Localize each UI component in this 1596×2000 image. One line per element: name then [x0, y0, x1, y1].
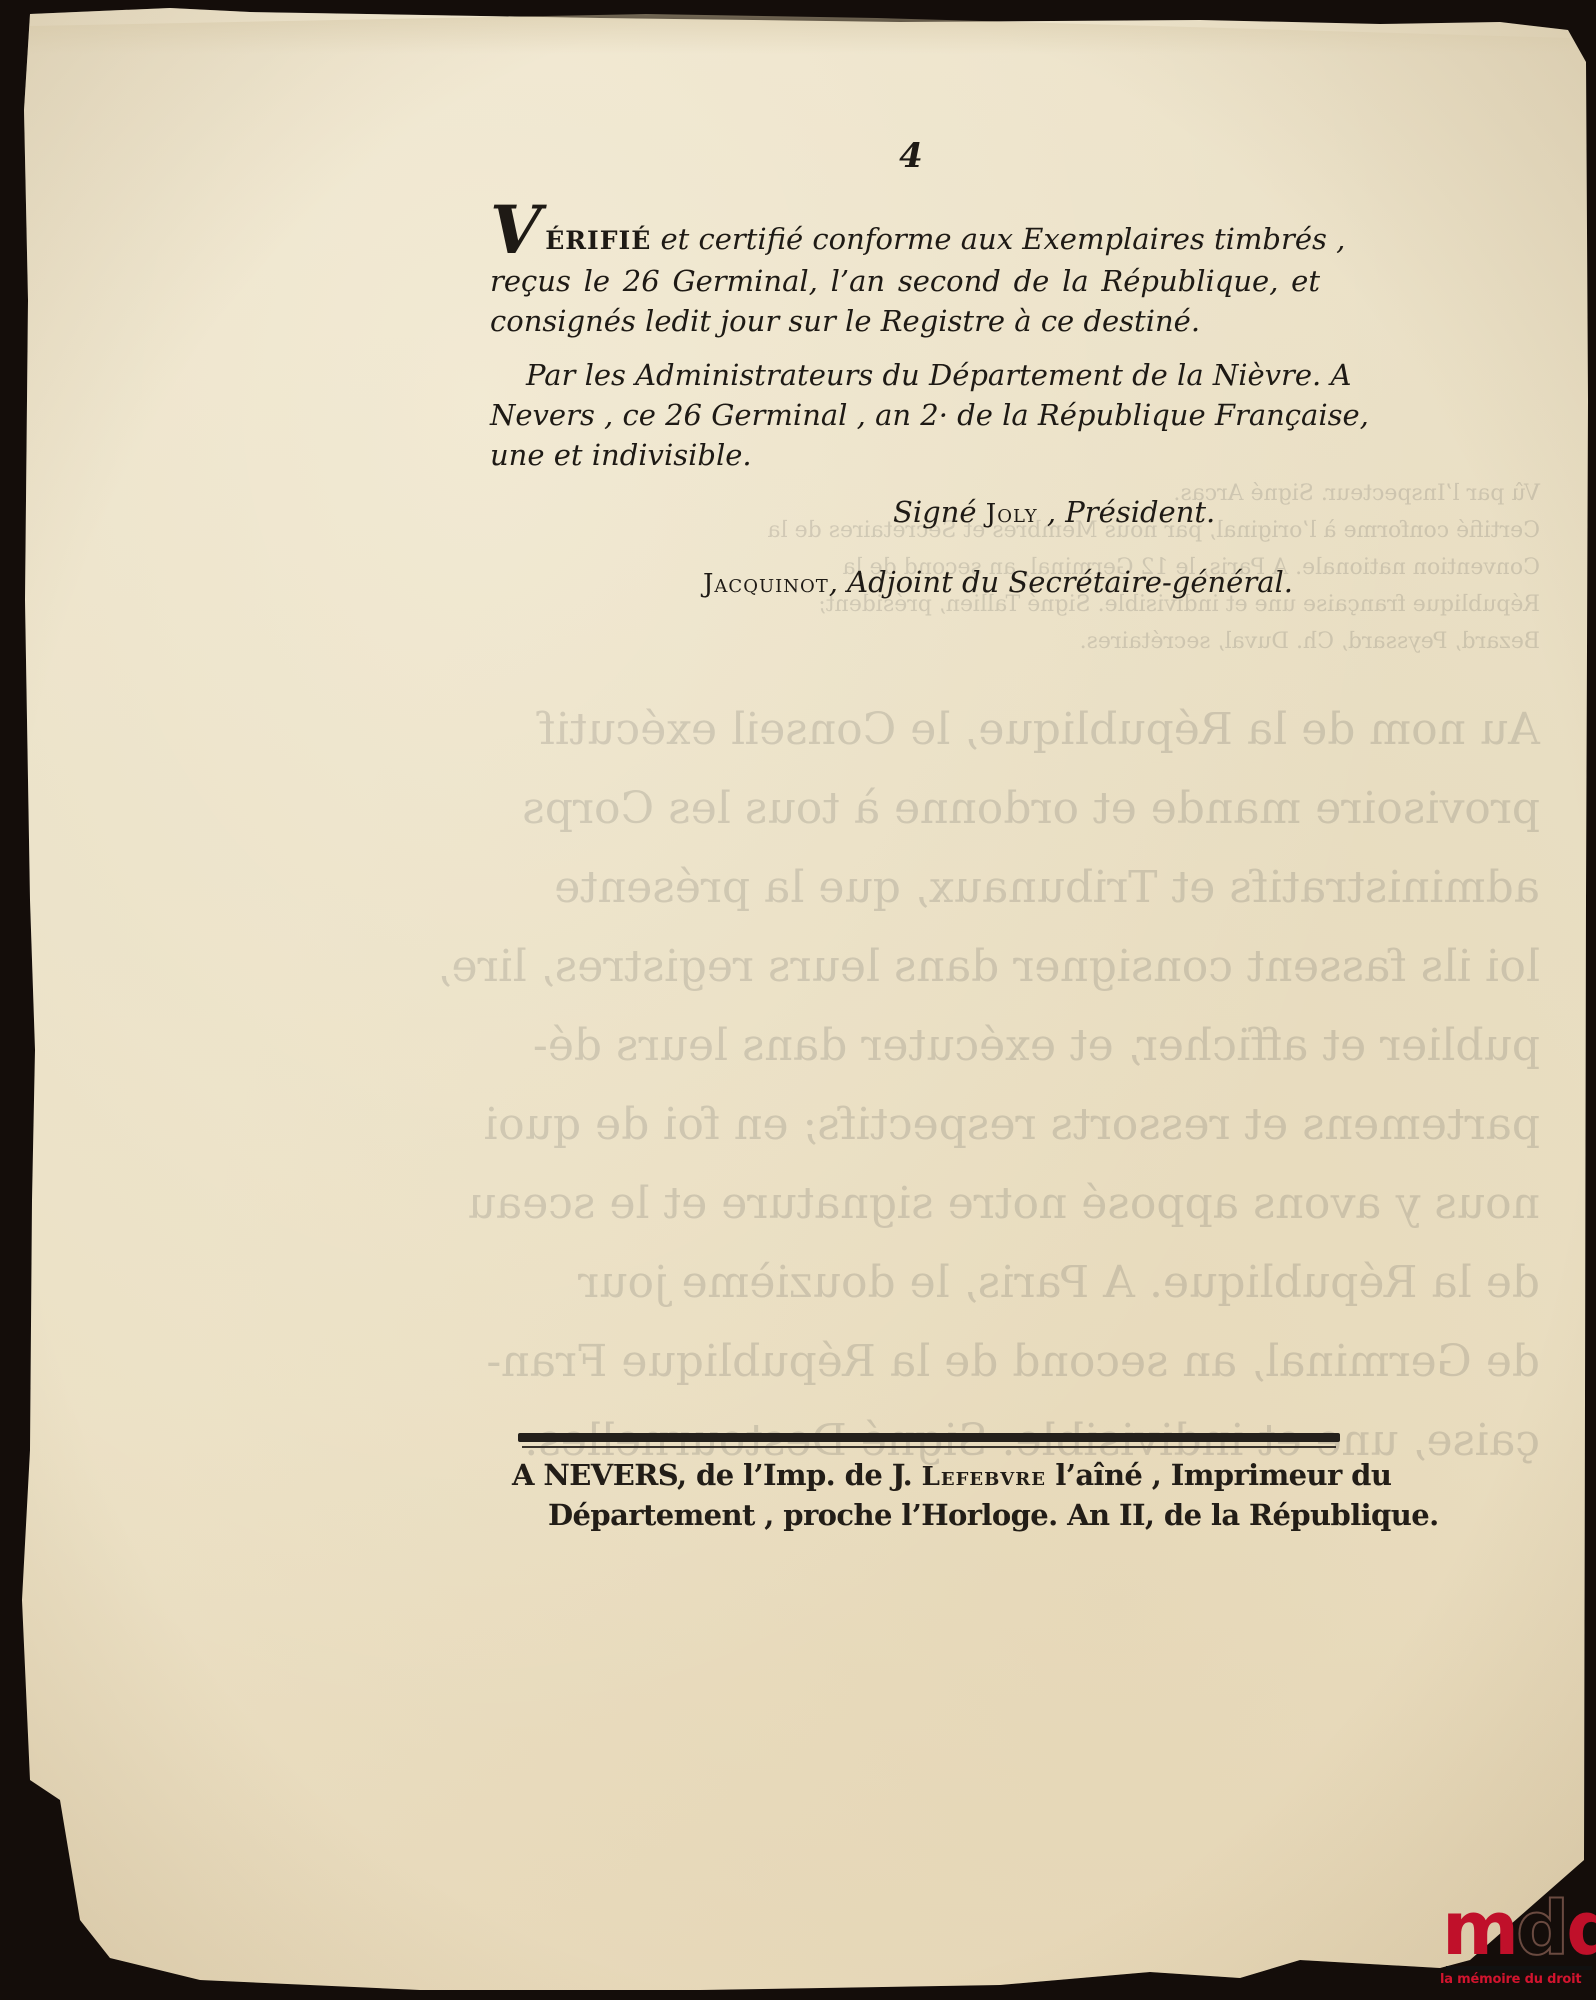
logo-tagline: la mémoire du droit: [1440, 1972, 1596, 1987]
president-signature: Signé Joly , Président.: [893, 495, 1215, 529]
page-number: 4: [895, 136, 927, 176]
logo-letter: m: [1442, 1886, 1516, 1972]
administrators-line-1: Par les Administrateurs du Département d…: [490, 355, 1320, 395]
logo-letter-hollow: d: [1516, 1886, 1566, 1972]
certification-text: et certifié conforme aux Exemplaires tim…: [651, 222, 1345, 256]
secretary-title: , Adjoint du Secrétaire-général.: [829, 565, 1293, 599]
imprint-line-1: A NEVERS, de l’Imp. de J. Lefebvre l’aîn…: [512, 1458, 1342, 1492]
logo-bar: [1446, 1966, 1592, 1970]
mdd-logo-mark: mdd: [1442, 1892, 1596, 1966]
logo-letter: d: [1566, 1886, 1596, 1972]
smallcaps-word: ÉRIFIÉ: [545, 226, 651, 255]
certification-paragraph: VÉRIFIÉ et certifié conforme aux Exempla…: [490, 210, 1320, 341]
secretary-name: Jacquinot: [703, 569, 829, 599]
signature-prefix: Signé: [893, 495, 986, 529]
imprint-rule: [518, 1433, 1340, 1442]
certification-line-3: consignés ledit jour sur le Registre à c…: [490, 301, 1320, 341]
imprint-text: l’aîné , Imprimeur du: [1046, 1458, 1391, 1492]
secretary-signature: Jacquinot, Adjoint du Secrétaire-général…: [703, 565, 1293, 599]
administrators-paragraph: Par les Administrateurs du Département d…: [490, 355, 1320, 475]
president-title: , Président.: [1038, 495, 1216, 529]
printer-name: Lefebvre: [922, 1462, 1046, 1492]
certification-line-2: reçus le 26 Germinal, l’an second de la …: [490, 261, 1320, 301]
imprint-text: A NEVERS, de l’Imp. de J.: [512, 1458, 922, 1492]
certification-line-1: VÉRIFIÉ et certifié conforme aux Exempla…: [490, 210, 1320, 261]
drop-cap: V: [490, 210, 541, 250]
mdd-logo: mdd la mémoire du droit: [1436, 1888, 1596, 2000]
administrators-line-3: une et indivisible.: [490, 435, 1320, 475]
administrators-line-2: Nevers , ce 26 Germinal , an 2· de la Ré…: [490, 395, 1320, 435]
imprint-rule-thin: [522, 1446, 1336, 1448]
president-name: Joly: [986, 499, 1038, 529]
imprint-line-2: Département , proche l’Horloge. An II, d…: [548, 1498, 1378, 1532]
